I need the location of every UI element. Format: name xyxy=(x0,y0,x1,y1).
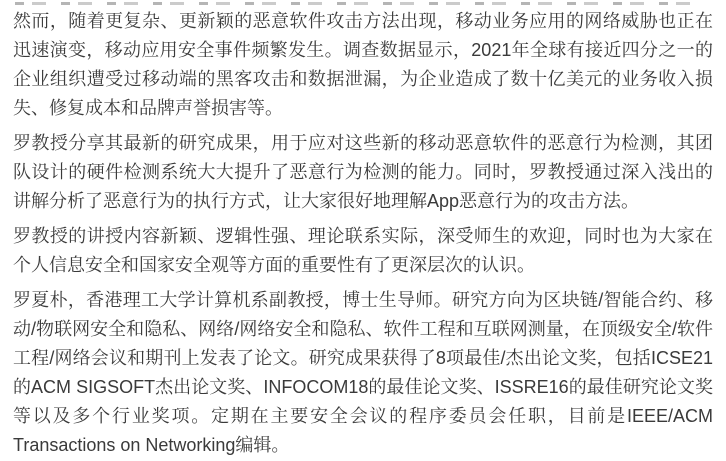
paragraph-speaker-bio: 罗夏朴，香港理工大学计算机系副教授，博士生导师。研究方向为区块链/智能合约、移动… xyxy=(13,286,713,460)
paragraph-lecture-reception: 罗教授的讲授内容新颖、逻辑性强、理论联系实际，深受师生的欢迎，同时也为大家在个人… xyxy=(13,222,713,280)
clipped-text-remnant xyxy=(15,0,711,6)
paragraph-threat-evolution: 然而，随着更复杂、更新颖的恶意软件攻击方法出现，移动业务应用的网络威胁也正在迅速… xyxy=(13,7,713,123)
paragraph-research-results: 罗教授分享其最新的研究成果，用于应对这些新的移动恶意软件的恶意行为检测，其团队设… xyxy=(13,129,713,216)
document-body: 然而，随着更复杂、更新颖的恶意软件攻击方法出现，移动业务应用的网络威胁也正在迅速… xyxy=(0,0,726,460)
